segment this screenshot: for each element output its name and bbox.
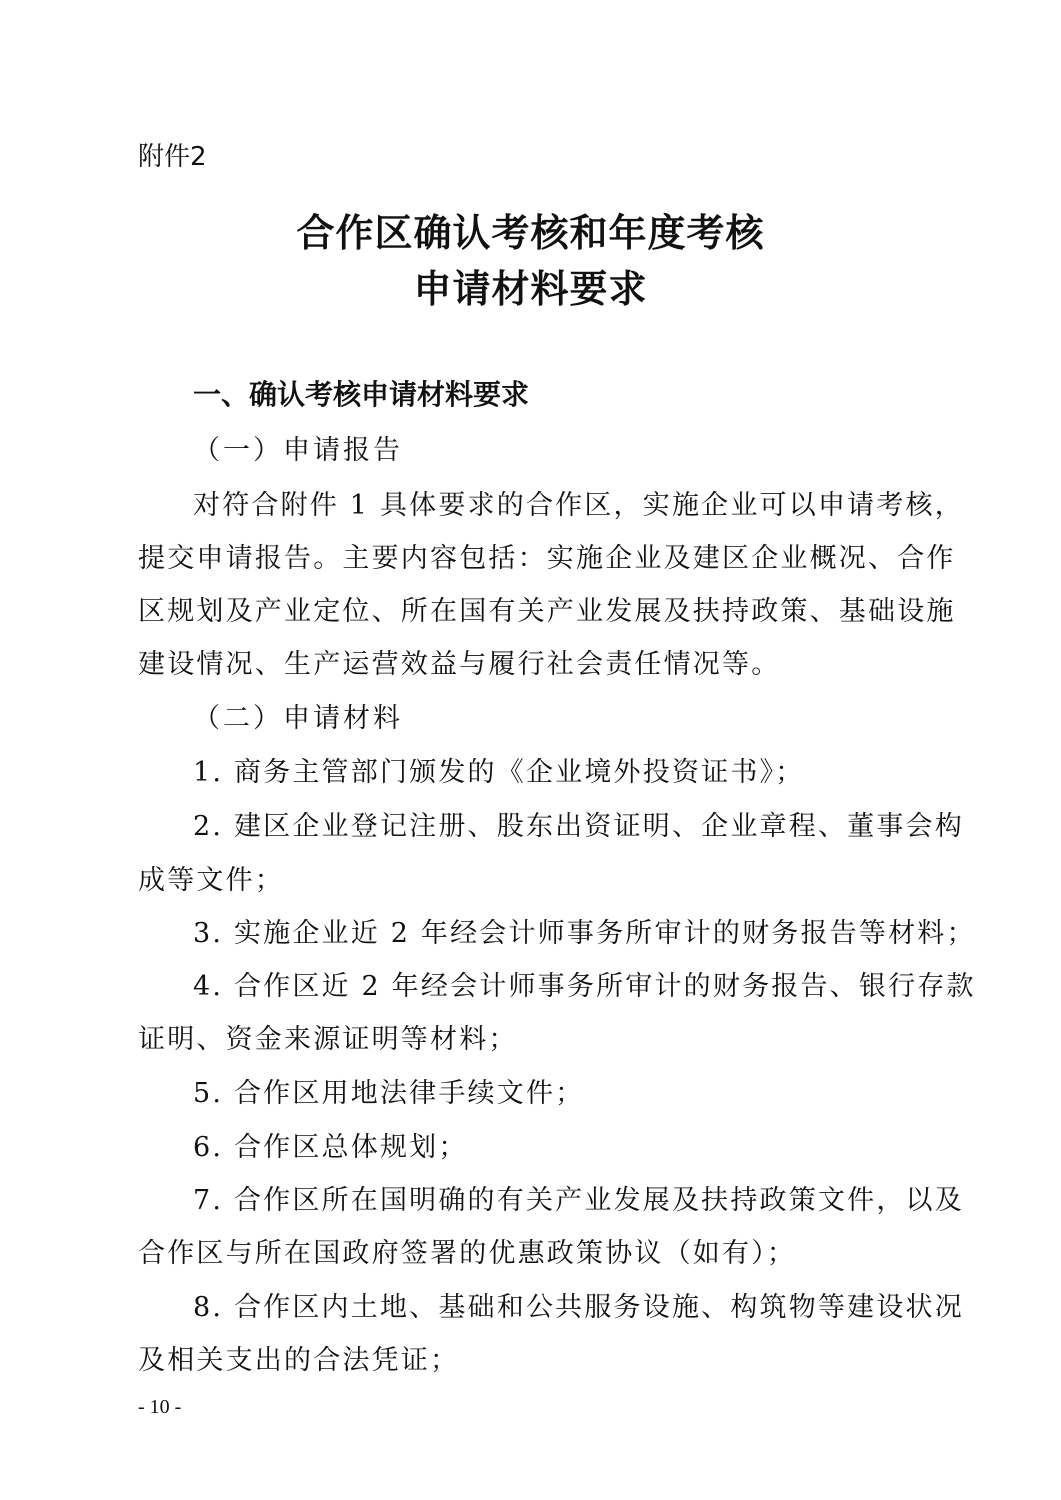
list-item-7-continuation: 合作区与所在国政府签署的优惠政策协议（如有）； — [138, 1240, 796, 1267]
list-item-6: 6. 合作区总体规划； — [193, 1134, 468, 1161]
list-item-4-continuation: 证明、资金来源证明等材料； — [138, 1026, 518, 1053]
attachment-label: 附件2 — [138, 144, 207, 170]
subsection-heading-application-report: （一）申请报告 — [193, 437, 403, 464]
list-item-7: 7. 合作区所在国明确的有关产业发展及扶持政策文件，以及 — [193, 1187, 964, 1214]
section-heading-1: 一、确认考核申请材料要求 — [193, 381, 529, 409]
list-item-2-continuation: 成等文件； — [138, 867, 284, 894]
paragraph-line: 对符合附件 1 具体要求的合作区，实施企业可以申请考核， — [193, 492, 964, 519]
list-item-2: 2. 建区企业登记注册、股东出资证明、企业章程、董事会构 — [193, 813, 964, 840]
list-item-1: 1. 商务主管部门颁发的《企业境外投资证书》； — [193, 759, 804, 786]
list-item-4: 4. 合作区近 2 年经会计师事务所审计的财务报告、银行存款 — [193, 973, 976, 1000]
document-title-line-1: 合作区确认考核和年度考核 — [0, 214, 1061, 252]
list-item-5: 5. 合作区用地法律手续文件； — [193, 1080, 584, 1107]
list-item-8-continuation: 及相关支出的合法凭证； — [138, 1347, 459, 1374]
page-number: - 10 - — [138, 1397, 181, 1417]
paragraph-line: 建设情况、生产运营效益与履行社会责任情况等。 — [138, 651, 780, 678]
paragraph-line: 区规划及产业定位、所在国有关产业发展及扶持政策、基础设施 — [138, 598, 956, 625]
subsection-heading-application-materials: （二）申请材料 — [193, 705, 403, 732]
document-title-line-2: 申请材料要求 — [0, 270, 1061, 308]
list-item-3: 3. 实施企业近 2 年经会计师事务所审计的财务报告等材料； — [193, 920, 976, 947]
list-item-8: 8. 合作区内土地、基础和公共服务设施、构筑物等建设状况 — [193, 1294, 964, 1321]
paragraph-line: 提交申请报告。主要内容包括：实施企业及建区企业概况、合作 — [138, 545, 956, 572]
